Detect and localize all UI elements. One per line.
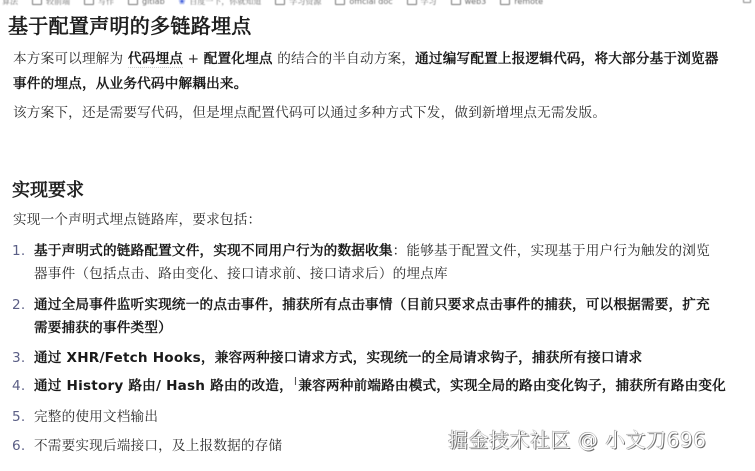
list-item-2-continuation: 需要捕获的事件类型） [34, 316, 172, 336]
list-item-4: 4.通过 History 路由/ Hash 路由的改造，I兼容两种前端路由模式，… [12, 374, 726, 394]
document-content: 基于配置声明的多链路埋点 本方案可以理解为 代码埋点 + 配置化埋点 的结合的半… [0, 0, 755, 471]
list-number: 3. [12, 350, 34, 366]
text: 本方案可以理解为 [13, 51, 128, 67]
paragraph-2: 该方案下，还是需要写代码，但是埋点配置代码可以通过多种方式下发，做到新增埋点无需… [13, 101, 606, 121]
bold-text: 通过 XHR/Fetch Hooks，兼容两种接口请求方式，实现统一的全局请求钩… [34, 350, 642, 366]
list-item-2: 2.通过全局事件监听实现统一的点击事件，捕获所有点击事情（目前只要求点击事件的捕… [12, 293, 710, 313]
bold-text: 需要捕获的事件类型） [34, 320, 172, 336]
bold-text: 兼容两种前端路由模式，实现全局的路由变化钩子，捕获所有路由变化 [298, 378, 726, 394]
bold-text: 基于声明式的链路配置文件，实现不同用户行为的数据收集 [34, 243, 393, 259]
list-item-6: 6.不需要实现后端接口，及上报数据的存储 [12, 434, 282, 454]
watermark: 掘金技术社区 @ 小文刀696 [448, 424, 706, 453]
intro-paragraph-line2: 事件的埋点，从业务代码中解耦出来。 [13, 72, 248, 92]
bold-text: 通过全局事件监听实现统一的点击事件，捕获所有点击事情（目前只要求点击事件的捕获，… [34, 297, 710, 313]
list-number: 4. [12, 378, 34, 394]
list-item-1: 1.基于声明式的链路配置文件，实现不同用户行为的数据收集：能够基于配置文件，实现… [12, 239, 710, 259]
bold-term-config-tracking: 配置化埋点 [204, 51, 273, 67]
text: 完整的使用文档输出 [34, 409, 158, 425]
page-title: 基于配置声明的多链路埋点 [8, 10, 252, 39]
text-cursor-icon: I [294, 375, 297, 388]
list-item-5: 5.完整的使用文档输出 [12, 405, 158, 425]
list-number: 6. [12, 438, 34, 454]
bold-term-code-tracking: 代码埋点 [128, 51, 183, 68]
list-number: 1. [12, 243, 34, 259]
list-item-3: 3.通过 XHR/Fetch Hooks，兼容两种接口请求方式，实现统一的全局请… [12, 346, 642, 366]
bold-text: 通过编写配置上报逻辑代码，将大部分基于浏览器 [415, 51, 718, 67]
list-item-1-continuation: 器事件（包括点击、路由变化、接口请求前、接口请求后）的埋点库 [34, 262, 448, 282]
text: 的结合的半自动方案， [273, 51, 415, 67]
text: 不需要实现后端接口，及上报数据的存储 [34, 438, 282, 454]
list-number: 5. [12, 409, 34, 425]
section-heading: 实现要求 [12, 176, 84, 202]
text: ：能够基于配置文件，实现基于用户行为触发的浏览 [393, 243, 710, 259]
bold-text: 通过 History 路由/ Hash 路由的改造， [34, 378, 293, 394]
section-lead: 实现一个声明式埋点链路库，要求包括： [13, 208, 261, 228]
list-number: 2. [12, 297, 34, 313]
text: + [183, 51, 204, 67]
bold-text: 事件的埋点，从业务代码中解耦出来。 [13, 76, 248, 92]
intro-paragraph-line1: 本方案可以理解为 代码埋点 + 配置化埋点 的结合的半自动方案，通过编写配置上报… [13, 47, 719, 67]
